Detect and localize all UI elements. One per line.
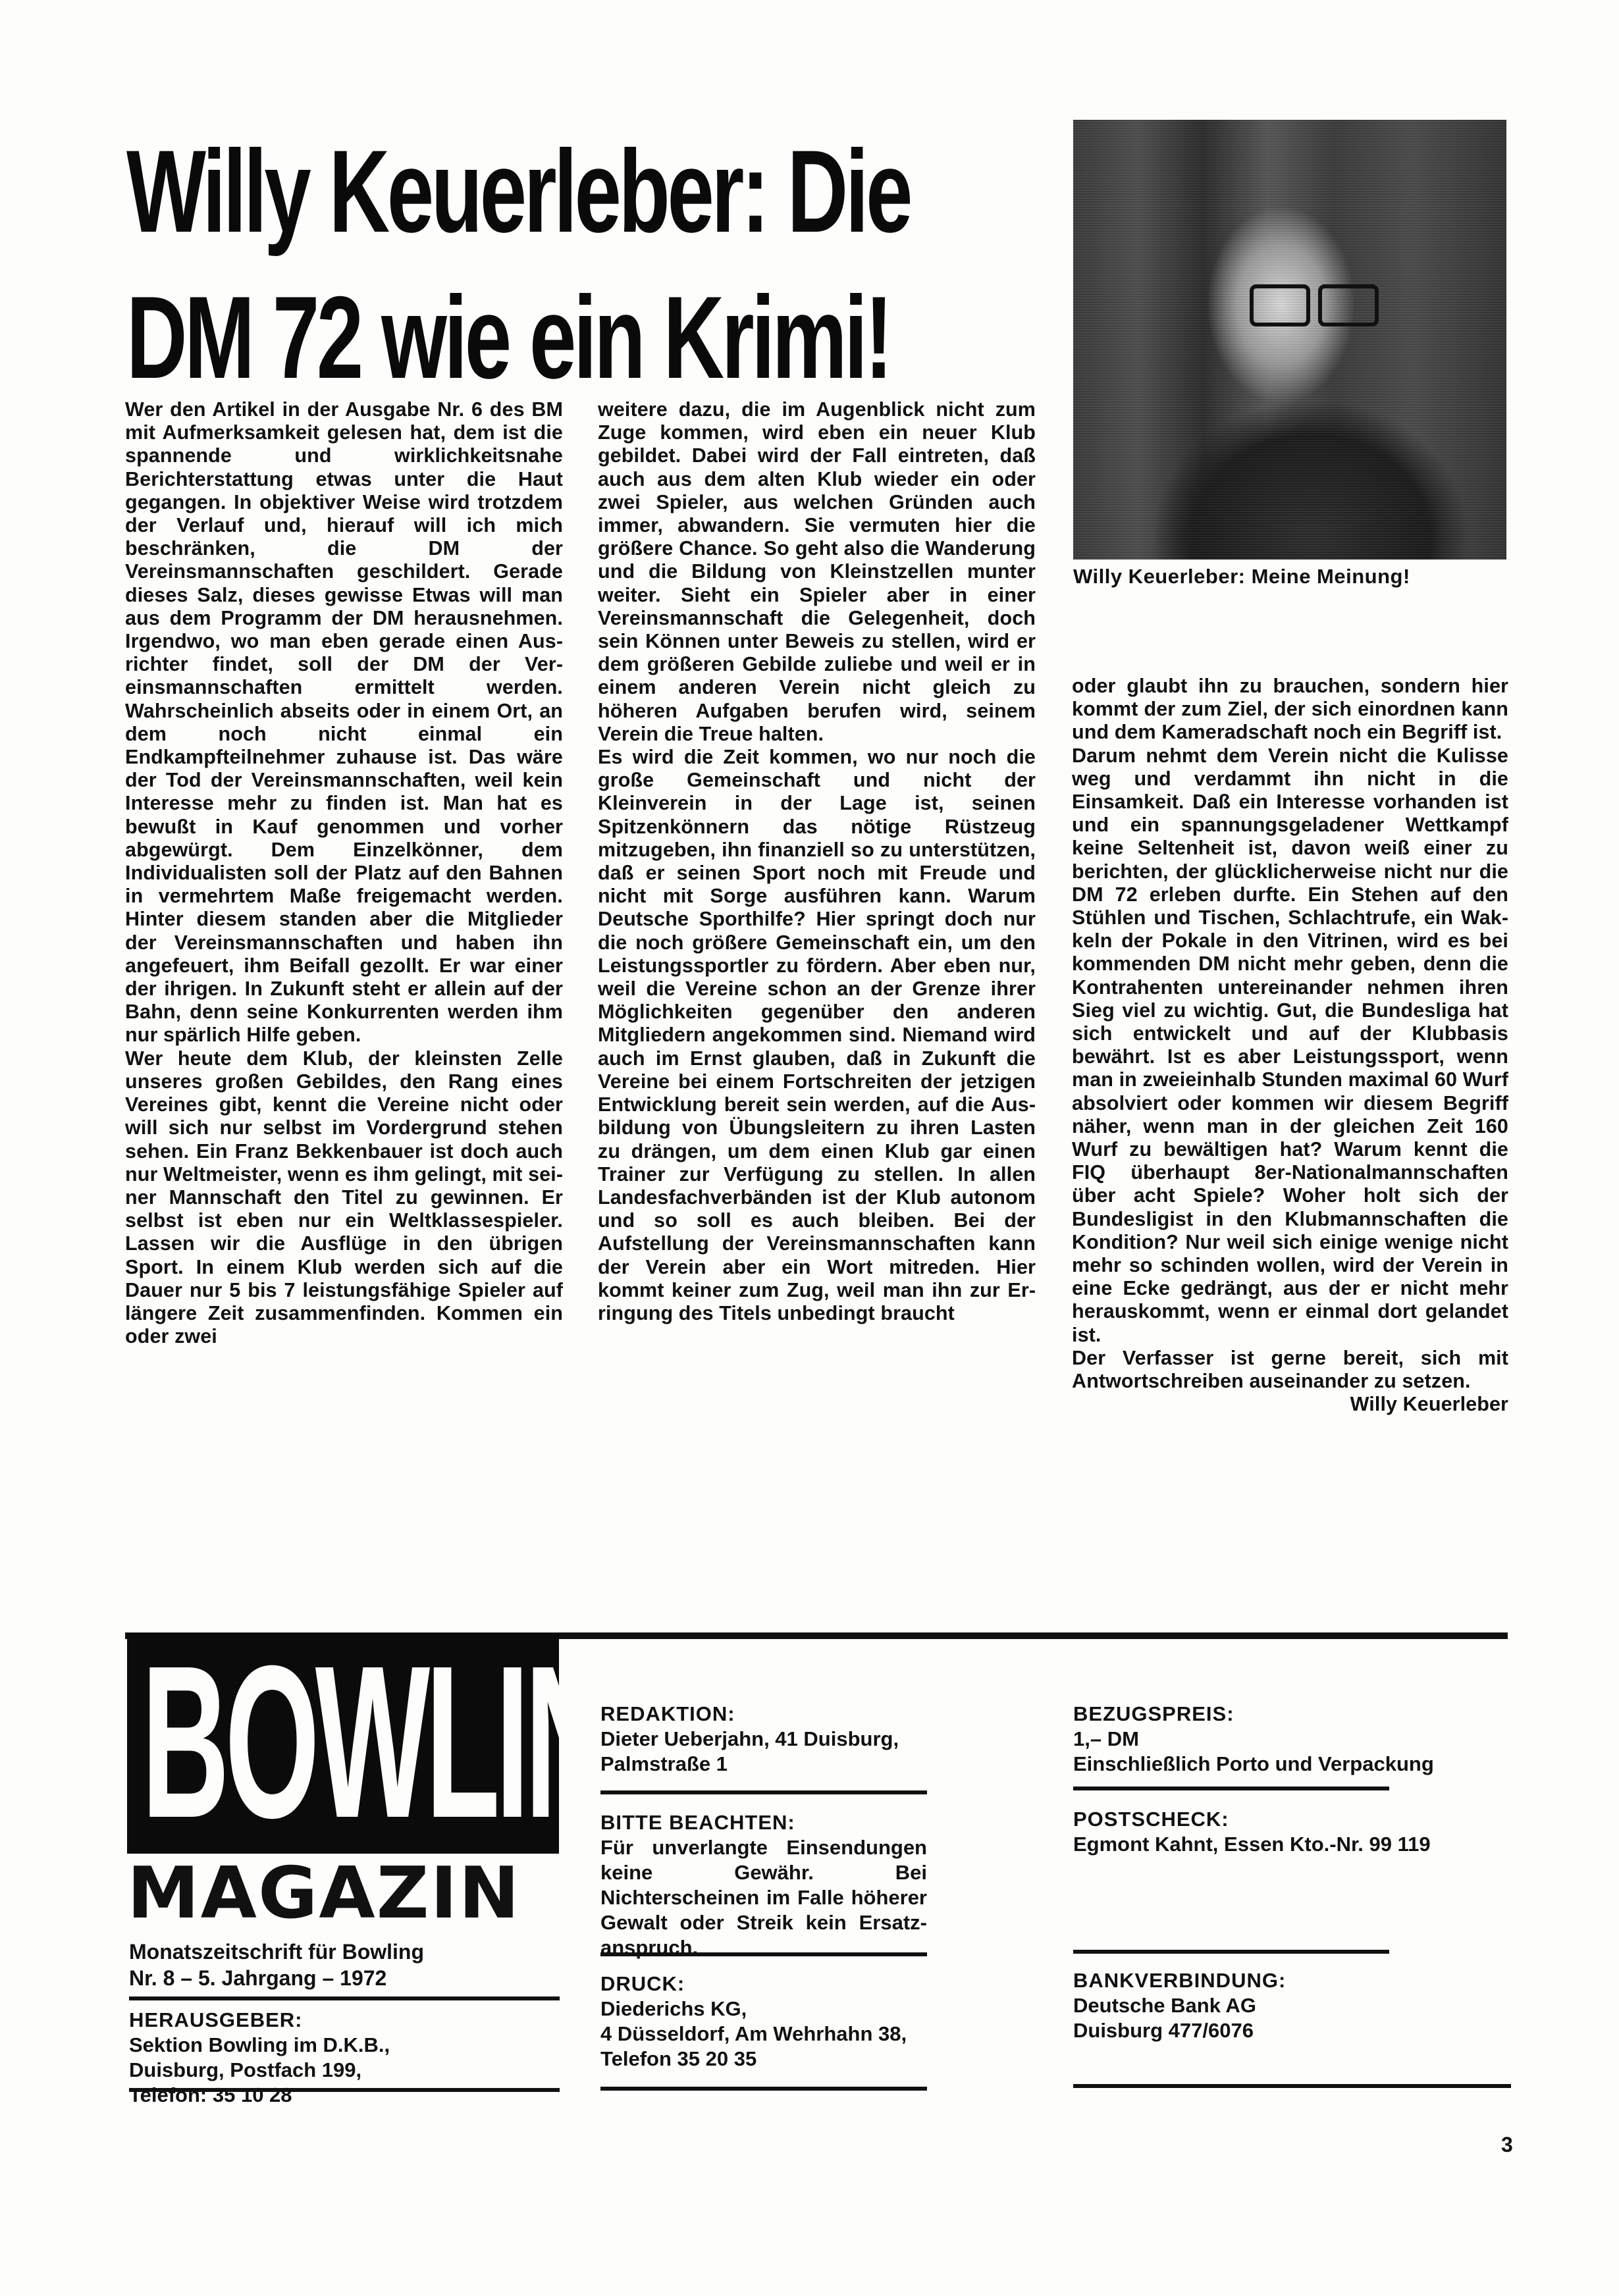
author-signature: Willy Keuerleber: [1072, 1393, 1508, 1416]
paragraph: weitere dazu, die im Augenblick nicht zu…: [598, 398, 1036, 746]
imprint-postscheck: POSTSCHECK: Egmont Kahnt, Essen Kto.-Nr.…: [1073, 1807, 1521, 1857]
imprint-line: 4 Düsseldorf, Am Wehrhahn 38,: [600, 2022, 1048, 2047]
imprint-line: Egmont Kahnt, Essen Kto.-Nr. 99 119: [1073, 1832, 1521, 1857]
imprint-herausgeber: HERAUSGEBER: Sektion Bowling im D.K.B., …: [129, 2008, 564, 2108]
imprint-line: Deutsche Bank AG: [1073, 1993, 1521, 2018]
article-headline: Willy Keuerleber: Die DM 72 wie ein Krim…: [126, 118, 799, 411]
imprint-druck: DRUCK: Diederichs KG, 4 Düsseldorf, Am W…: [600, 1971, 1048, 2072]
divider: [129, 2088, 560, 2092]
imprint-line: Diederichs KG,: [600, 1996, 1048, 2022]
divider: [129, 1996, 560, 2000]
divider: [1073, 2084, 1511, 2088]
imprint-bezugspreis: BEZUGSPREIS: 1,– DM Einschließlich Porto…: [1073, 1702, 1521, 1777]
imprint-label: POSTSCHECK:: [1073, 1807, 1521, 1832]
divider: [600, 1952, 927, 1956]
headline-line-2: DM 72 wie ein Krimi!: [126, 265, 799, 411]
page-number: 3: [1501, 2133, 1513, 2157]
headline-line-1: Willy Keuerleber: Die: [126, 118, 799, 265]
imprint-label: BITTE BEACHTEN:: [600, 1810, 927, 1835]
imprint-line: Palmstraße 1: [600, 1752, 1048, 1777]
photo-caption: Willy Keuerleber: Meine Meinung!: [1073, 565, 1410, 588]
paragraph: Es wird die Zeit kommen, wo nur noch die…: [598, 746, 1036, 1325]
imprint-line: Telefon: 35 10 28: [129, 2083, 564, 2108]
article-column-2: weitere dazu, die im Augenblick nicht zu…: [598, 398, 1036, 1325]
imprint-line: Sektion Bowling im D.K.B.,: [129, 2033, 564, 2058]
imprint-line: Duisburg 477/6076: [1073, 2018, 1521, 2043]
imprint-line: Telefon 35 20 35: [600, 2047, 1048, 2072]
subtitle-line-2: Nr. 8 – 5. Jahrgang – 1972: [129, 1965, 424, 1991]
subtitle-line-1: Monatszeitschrift für Bowling: [129, 1939, 424, 1965]
imprint-text: Für unverlangte Einsendungen keine Gewäh…: [600, 1835, 927, 1960]
bowling-logo-box: BOWLING: [127, 1633, 559, 1854]
paragraph: oder glaubt ihn zu brauchen, sondern hie…: [1072, 675, 1508, 744]
divider: [1073, 1950, 1389, 1954]
glasses-shape: [1250, 284, 1381, 324]
paragraph: Wer heute dem Klub, der kleinsten Zelle …: [125, 1047, 563, 1349]
imprint-redaktion: REDAKTION: Dieter Ueberjahn, 41 Duisburg…: [600, 1702, 1048, 1777]
portrait-photo: [1073, 120, 1506, 560]
paragraph: Der Verfasser ist gerne bereit, sich mit…: [1072, 1347, 1508, 1393]
imprint-label: HERAUSGEBER:: [129, 2008, 564, 2033]
imprint-bitte-beachten: BITTE BEACHTEN: Für unverlangte Einsendu…: [600, 1810, 927, 1960]
masthead-subtitle: Monatszeitschrift für Bowling Nr. 8 – 5.…: [129, 1939, 424, 1991]
imprint-line: Dieter Ueberjahn, 41 Duisburg,: [600, 1727, 1048, 1752]
divider: [600, 2087, 927, 2091]
imprint-label: REDAKTION:: [600, 1702, 1048, 1727]
imprint-label: BANKVERBINDUNG:: [1073, 1968, 1521, 1993]
imprint-bankverbindung: BANKVERBINDUNG: Deutsche Bank AG Duisbur…: [1073, 1968, 1521, 2043]
logo-magazin: MAGAZIN: [127, 1858, 521, 1930]
imprint-line: Duisburg, Postfach 199,: [129, 2058, 564, 2083]
divider: [600, 1790, 927, 1794]
imprint-label: BEZUGSPREIS:: [1073, 1702, 1521, 1727]
imprint-line: Einschließlich Porto und Verpackung: [1073, 1752, 1521, 1777]
paragraph: Darum nehmt dem Verein nicht die Kulisse…: [1072, 744, 1508, 1347]
imprint-label: DRUCK:: [600, 1971, 1048, 1996]
paragraph: Wer den Artikel in der Ausgabe Nr. 6 des…: [125, 398, 563, 1047]
divider: [1073, 1787, 1389, 1790]
article-column-1: Wer den Artikel in der Ausgabe Nr. 6 des…: [125, 398, 563, 1348]
imprint-line: 1,– DM: [1073, 1727, 1521, 1752]
article-column-3: oder glaubt ihn zu brauchen, sondern hie…: [1072, 675, 1508, 1417]
